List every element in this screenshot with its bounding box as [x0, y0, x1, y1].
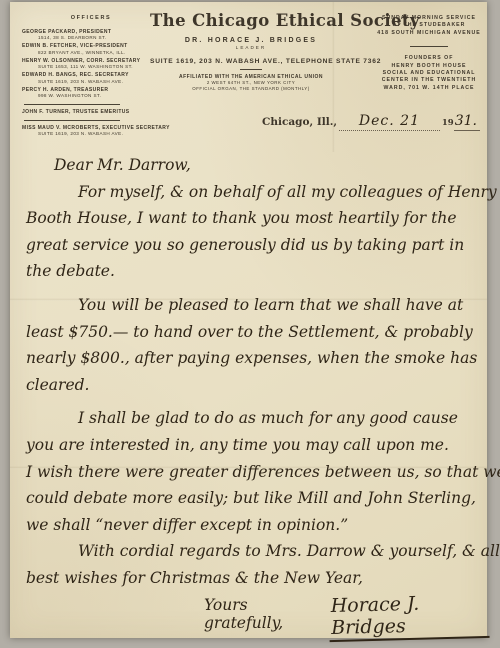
letter-line: cleared. — [26, 372, 488, 399]
dateline-place: Chicago, Ill., — [262, 116, 337, 128]
handwritten-year: 31. — [454, 113, 480, 131]
signature: Horace J. Bridges — [328, 590, 489, 641]
letter-line: With cordial regards to Mrs. Darrow & yo… — [26, 538, 488, 565]
executive-secretary-entry: MISS MAUD V. MCROBERTS, EXECUTIVE SECRET… — [22, 125, 160, 137]
service-line: AT THE STUDEBAKER — [362, 22, 496, 29]
officer-address: SUITE 1653, 111 W. WASHINGTON ST. — [22, 64, 160, 70]
divider — [240, 69, 262, 70]
letter-paper: OFFICERS GEORGE PACKARD, PRESIDENT 1514,… — [10, 2, 487, 638]
printed-year-prefix: 19 — [442, 118, 454, 128]
closing-block: Yours gratefully, Horace J. Bridges — [26, 593, 488, 640]
closing-phrase: Yours gratefully, — [204, 596, 319, 632]
divider — [24, 120, 120, 121]
leader-name: DR. HORACE J. BRIDGES — [150, 37, 352, 44]
founders-line: SOCIAL AND EDUCATIONAL — [362, 70, 496, 77]
letter-line: could debate more easily; but like Mill … — [26, 485, 488, 512]
officer-entry: EDWIN B. FETCHER, VICE-PRESIDENT 822 BRY… — [22, 43, 160, 55]
letter-line: You will be pleased to learn that we sha… — [26, 292, 488, 319]
officer-entry: GEORGE PACKARD, PRESIDENT 1514, 38 S. DE… — [22, 29, 160, 41]
officer-address: 1514, 38 S. DEARBORN ST. — [22, 35, 160, 41]
letterhead-center-column: The Chicago Ethical Society DR. HORACE J… — [150, 11, 352, 92]
leader-title: LEADER — [150, 45, 352, 50]
letter-line: Booth House, I want to thank you most he… — [26, 205, 488, 232]
officer-entry: HENRY W. OLSONNER, CORR. SECRETARY SUITE… — [22, 58, 160, 70]
dateline-rule: Dec. 21 — [339, 112, 440, 131]
divider — [24, 104, 120, 105]
officer-address: SUITE 1619, 203 N. WABASH AVE. — [22, 79, 160, 85]
letter-line: I shall be glad to do as much for any go… — [26, 405, 488, 432]
salutation: Dear Mr. Darrow, — [26, 152, 488, 179]
officer-address: 998 W. WASHINGTON ST. — [22, 93, 160, 99]
letter-line: best wishes for Christmas & the New Year… — [26, 565, 488, 592]
letter-line: great service you so generously did us b… — [26, 232, 488, 259]
executive-secretary-address: SUITE 1619, 203 N. WABASH AVE. — [22, 131, 160, 137]
letterhead-right-column: SUNDAY MORNING SERVICE AT THE STUDEBAKER… — [362, 15, 496, 92]
service-line: SUNDAY MORNING SERVICE — [362, 15, 496, 22]
letter-line: For myself, & on behalf of all my collea… — [26, 179, 488, 206]
handwritten-date: Dec. 21 — [359, 113, 420, 129]
founders-line: WARD, 701 W. 14TH PLACE — [362, 85, 496, 92]
letter-line: least $750.— to hand over to the Settlem… — [26, 319, 488, 346]
divider — [410, 46, 448, 47]
letter-line: we shall “never differ except in opinion… — [26, 512, 488, 539]
trustee-emeritus: JOHN F. TURNER, TRUSTEE EMERITUS — [22, 109, 160, 115]
officer-entry: EDWARD H. BANGS, REC. SECRETARY SUITE 16… — [22, 72, 160, 84]
officer-address: 822 BRYANT AVE., WINNETKA, ILL. — [22, 50, 160, 56]
letter-line: you are interested in, any time you may … — [26, 432, 488, 459]
letter-line: the debate. — [26, 258, 488, 285]
founders-line: CENTER IN THE TWENTIETH — [362, 77, 496, 84]
office-address-telephone: SUITE 1619, 203 N. WABASH AVE., TELEPHON… — [150, 58, 352, 65]
service-line: 418 SOUTH MICHIGAN AVENUE — [362, 30, 496, 37]
letterhead-officers-column: OFFICERS GEORGE PACKARD, PRESIDENT 1514,… — [22, 15, 160, 139]
organization-title: The Chicago Ethical Society — [150, 11, 352, 30]
letter-body: Dear Mr. Darrow, For myself, & on behalf… — [26, 152, 488, 640]
letter-line: nearly $800., after paying expenses, whe… — [26, 345, 488, 372]
founders-line: FOUNDERS OF — [362, 55, 496, 62]
founders-line: HENRY BOOTH HOUSE — [362, 63, 496, 70]
dateline: Chicago, Ill., Dec. 21 19 31. — [262, 112, 480, 131]
officers-heading: OFFICERS — [22, 15, 160, 21]
official-organ-line: OFFICIAL ORGAN, THE STANDARD (MONTHLY) — [150, 86, 352, 92]
letter-line: I wish there were greater differences be… — [26, 459, 488, 486]
officer-entry: PERCY H. ARDEN, TREASURER 998 W. WASHING… — [22, 87, 160, 99]
